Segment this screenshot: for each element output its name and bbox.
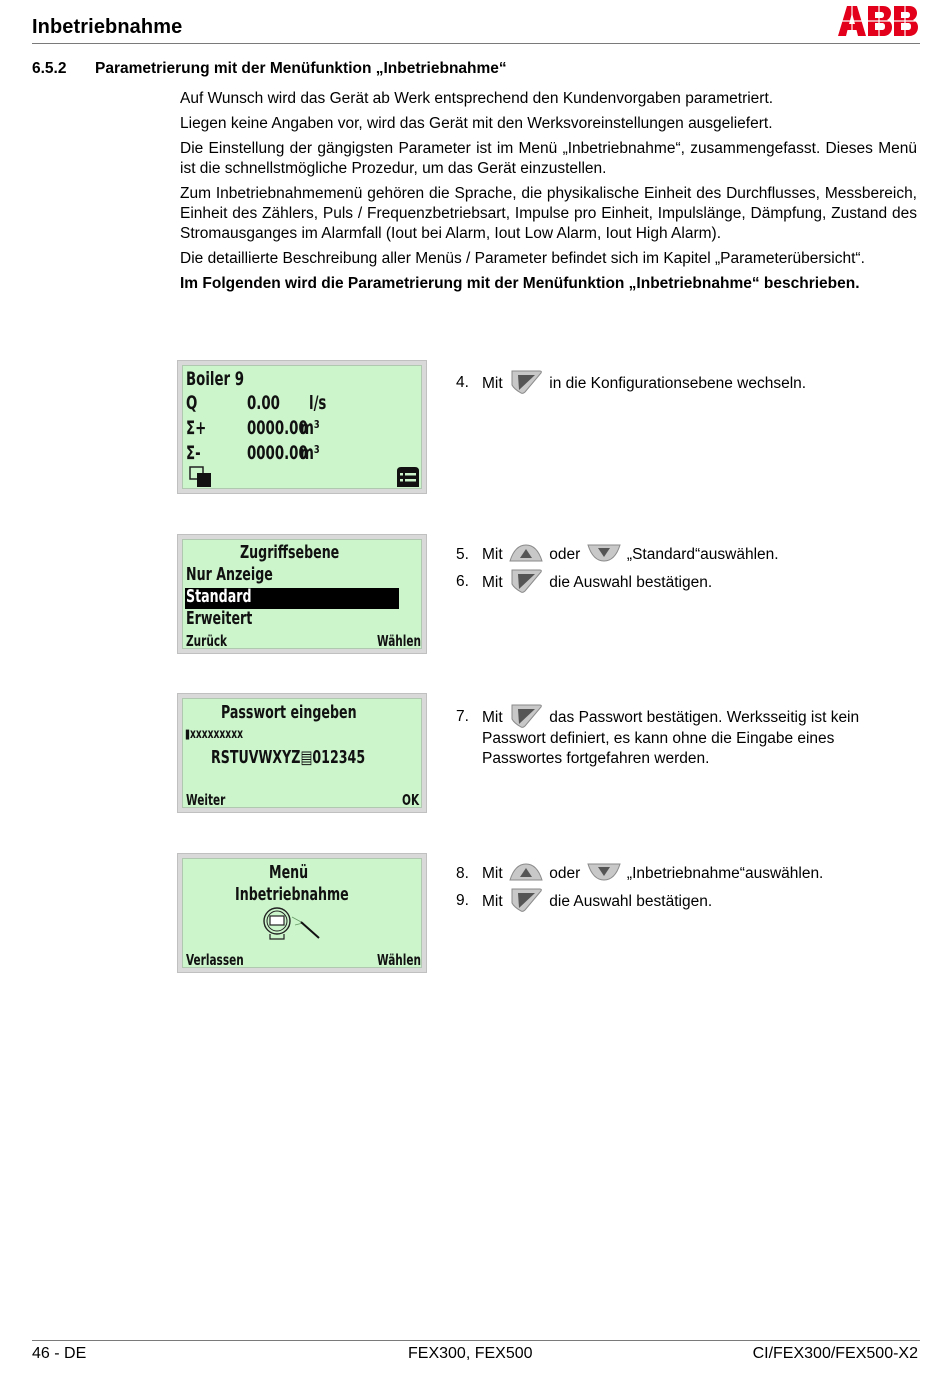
lcd-display-access: Zugriffsebene Nur Anzeige Standard Erwei… [177,534,427,654]
lcd-softkey-right: Wählen [377,632,421,650]
step-item: 8.Mit oder „Inbetriebnahme“auswählen. [456,864,916,884]
window-switch-icon [189,466,213,488]
step-prefix: Mit [482,893,507,910]
step-item: 9.Mit die Auswahl bestätigen. [456,891,916,913]
step-text: „Standard“auswählen. [623,546,779,563]
step-text: die Auswahl bestätigen. [545,893,712,910]
menu-icon [396,466,420,488]
step-prefix: Mit [482,546,507,563]
step-connector: oder [545,546,585,563]
step-number: 5. [456,545,469,565]
abb-logo [838,4,918,38]
lcd-row-unit: m³ [300,442,320,464]
paragraph: Zum Inbetriebnahmemenü gehören die Sprac… [180,184,917,244]
step-item: 7.Mit das Passwort bestätigen. Werksseit… [456,707,916,769]
lcd-title-line1: Menü [269,862,308,883]
lcd-row-unit: m³ [300,417,320,439]
lcd-option: Erweitert [186,608,252,629]
footer-doc-id: CI/FEX300/FEX500-X2 [753,1345,918,1363]
step-group-4: 8.Mit oder „Inbetriebnahme“auswählen. 9.… [456,864,916,920]
section-heading: 6.5.2Parametrierung mit der Menüfunktion… [32,60,507,78]
step-number: 4. [456,373,469,393]
lcd-option: Nur Anzeige [186,564,273,585]
password-charset: RSTUVWXYZ▤012345 [211,747,365,768]
step-prefix: Mit [482,865,507,882]
password-input: ▮xxxxxxxxx [185,727,243,742]
step-connector: oder [545,865,585,882]
lcd-softkey-left: Verlassen [186,951,244,969]
lcd-title: Passwort eingeben [221,702,357,723]
footer-divider [32,1340,920,1341]
section-title: Parametrierung mit der Menüfunktion „Inb… [95,60,507,77]
lcd-title: Zugriffsebene [240,542,339,563]
lcd-softkey-right: Wählen [377,951,421,969]
step-prefix: Mit [482,375,507,392]
step-prefix: Mit [482,709,507,726]
step-item: 5.Mit oder „Standard“auswählen. [456,545,916,565]
step-number: 6. [456,572,469,592]
lcd-row-label: Q [186,392,197,414]
paragraph: Liegen keine Angaben vor, wird das Gerät… [180,114,917,134]
step-prefix: Mit [482,574,507,591]
step-group-3: 7.Mit das Passwort bestätigen. Werksseit… [456,707,916,776]
up-key-icon [509,544,543,562]
footer-product: FEX300, FEX500 [408,1345,533,1363]
step-text: „Inbetriebnahme“auswählen. [623,865,824,882]
up-key-icon [509,863,543,881]
step-item: 6.Mit die Auswahl bestätigen. [456,572,916,594]
enter-key-icon [509,369,543,395]
enter-key-icon [509,887,543,913]
step-item: 4.Mit in die Konfigurationsebene wechsel… [456,373,916,395]
lcd-row-value: 0000.00 [247,417,308,439]
down-key-icon [587,544,621,562]
lcd-row-value: 0.00 [247,392,280,414]
footer-page-number: 46 - DE [32,1345,86,1363]
lcd-softkey-left: Zurück [186,632,227,650]
paragraph: Die Einstellung der gängigsten Parameter… [180,139,917,179]
lcd-option-selected: Standard [186,586,251,607]
lcd-display-password: Passwort eingeben ▮xxxxxxxxx RSTUVWXYZ▤0… [177,693,427,813]
enter-key-icon [509,568,543,594]
device-configuration-icon [261,905,327,943]
down-key-icon [587,863,621,881]
lcd-softkey-left: Weiter [186,791,225,809]
header-divider [32,43,920,44]
step-number: 8. [456,864,469,884]
step-text: in die Konfigurationsebene wechseln. [545,375,806,392]
step-number: 7. [456,707,469,727]
lcd-display-menu: Menü Inbetriebnahme Verlassen Wählen [177,853,427,973]
step-text: die Auswahl bestätigen. [545,574,712,591]
lcd-softkey-right: OK [402,791,419,809]
page-header-title: Inbetriebnahme [32,16,182,39]
lcd-row-label: Σ- [186,442,201,464]
lcd-title-line2: Inbetriebnahme [235,884,349,905]
section-number: 6.5.2 [32,60,95,78]
enter-key-icon [509,703,543,729]
lcd-display-main: Boiler 9 Q 0.00 l/s Σ+ 0000.00 m³ Σ- 000… [177,360,427,494]
body-text: Auf Wunsch wird das Gerät ab Werk entspr… [180,89,917,299]
paragraph: Die detaillierte Beschreibung aller Menü… [180,249,917,269]
step-group-1: 4.Mit in die Konfigurationsebene wechsel… [456,373,916,402]
lcd-row-unit: l/s [309,392,326,414]
step-number: 9. [456,891,469,911]
paragraph: Auf Wunsch wird das Gerät ab Werk entspr… [180,89,917,109]
step-group-2: 5.Mit oder „Standard“auswählen. 6.Mit di… [456,545,916,601]
lcd-title: Boiler 9 [186,368,244,390]
intro-bold: Im Folgenden wird die Parametrierung mit… [180,274,917,294]
lcd-row-label: Σ+ [186,417,206,439]
lcd-row-value: 0000.00 [247,442,308,464]
